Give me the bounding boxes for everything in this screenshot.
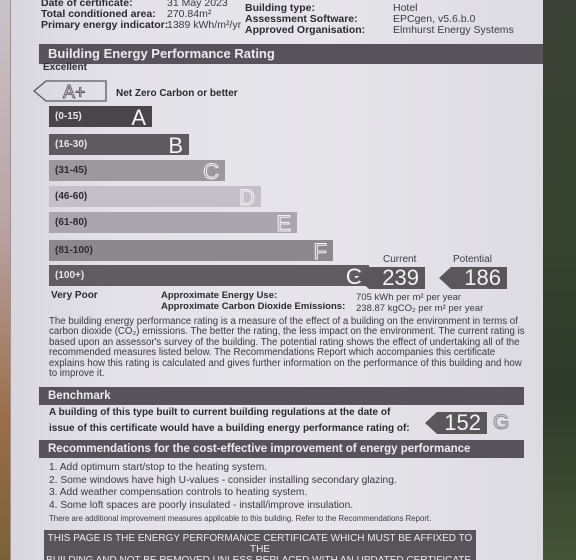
- certificate-page: Date of certificate: 31 May 2023 Total c…: [10, 0, 543, 560]
- primary-energy-value: 1389 kWh/m²/yr: [167, 19, 241, 31]
- recommendation-item: 1. Add optimum start/stop to the heating…: [49, 462, 431, 475]
- footer-line-1: THIS PAGE IS THE ENERGY PERFORMANCE CERT…: [44, 533, 476, 555]
- energy-use-value: 705 kWh per m² per year: [356, 292, 461, 303]
- band-letter: F: [314, 239, 327, 265]
- current-rating-badge: 239: [369, 267, 425, 289]
- benchmark-letter: G: [493, 411, 509, 435]
- aplus-badge: A+: [33, 80, 107, 102]
- recommendation-item: 4. Some loft spaces are poorly insulated…: [49, 500, 431, 513]
- excellent-label: Excellent: [43, 62, 87, 73]
- primary-energy-label: Primary energy indicator:: [41, 19, 168, 31]
- benchmark-rating-badge: 152: [437, 412, 487, 434]
- rating-band-f: (81-100)F: [49, 240, 333, 261]
- co2-value: 238.87 kgCO₂ per m² per year: [356, 303, 483, 314]
- band-letter: C: [203, 159, 219, 185]
- organisation-value: Elmhurst Energy Systems: [393, 24, 514, 36]
- rating-band-g: (100+)G: [49, 265, 369, 286]
- potential-rating-badge: 186: [451, 267, 507, 289]
- benchmark-section-title: Benchmark: [39, 387, 524, 405]
- certificate-footer: THIS PAGE IS THE ENERGY PERFORMANCE CERT…: [44, 530, 476, 560]
- benchmark-line-2: issue of this certificate would have a b…: [49, 423, 410, 434]
- net-zero-label: Net Zero Carbon or better: [116, 88, 238, 99]
- rating-band-d: (46-60)D: [49, 186, 261, 207]
- band-range: (61-80): [55, 217, 87, 228]
- current-label: Current: [383, 254, 416, 265]
- band-range: (100+): [55, 270, 84, 281]
- rating-band-c: (31-45)C: [49, 160, 225, 181]
- band-letter: B: [168, 133, 183, 159]
- rating-band-b: (16-30)B: [49, 134, 189, 155]
- band-letter: D: [239, 185, 255, 211]
- recommendation-item: 2. Some windows have high U-values - con…: [49, 475, 431, 488]
- co2-label: Approximate Carbon Dioxide Emissions:: [161, 301, 345, 312]
- band-range: (0-15): [55, 111, 82, 122]
- band-letter: A: [131, 105, 146, 131]
- energy-use-label: Approximate Energy Use:: [161, 290, 277, 301]
- rating-description: The building energy performance rating i…: [49, 317, 529, 379]
- recommendation-item: 3. Add weather compensation controls to …: [49, 487, 431, 500]
- aplus-arrow-icon: A+: [33, 80, 107, 102]
- band-range: (31-45): [55, 165, 87, 176]
- svg-text:A+: A+: [63, 82, 86, 102]
- band-range: (16-30): [55, 139, 87, 150]
- rating-section-title: Building Energy Performance Rating: [39, 44, 543, 64]
- band-range: (46-60): [55, 191, 87, 202]
- very-poor-label: Very Poor: [51, 290, 98, 301]
- rating-band-a: (0-15)A: [49, 106, 152, 127]
- rating-band-e: (61-80)E: [49, 212, 297, 233]
- footer-line-2: BUILDING AND NOT BE REMOVED UNLESS REPLA…: [44, 555, 476, 560]
- band-letter: E: [276, 211, 291, 237]
- potential-label: Potential: [453, 254, 492, 265]
- band-range: (81-100): [55, 245, 93, 256]
- background-right: [540, 0, 576, 560]
- recommendations-list: 1. Add optimum start/stop to the heating…: [49, 462, 431, 526]
- benchmark-line-1: A building of this type built to current…: [49, 407, 390, 418]
- recommendations-section-title: Recommendations for the cost-effective i…: [39, 440, 524, 458]
- organisation-label: Approved Organisation:: [245, 24, 365, 36]
- recommendations-note: There are additional improvement measure…: [49, 513, 431, 526]
